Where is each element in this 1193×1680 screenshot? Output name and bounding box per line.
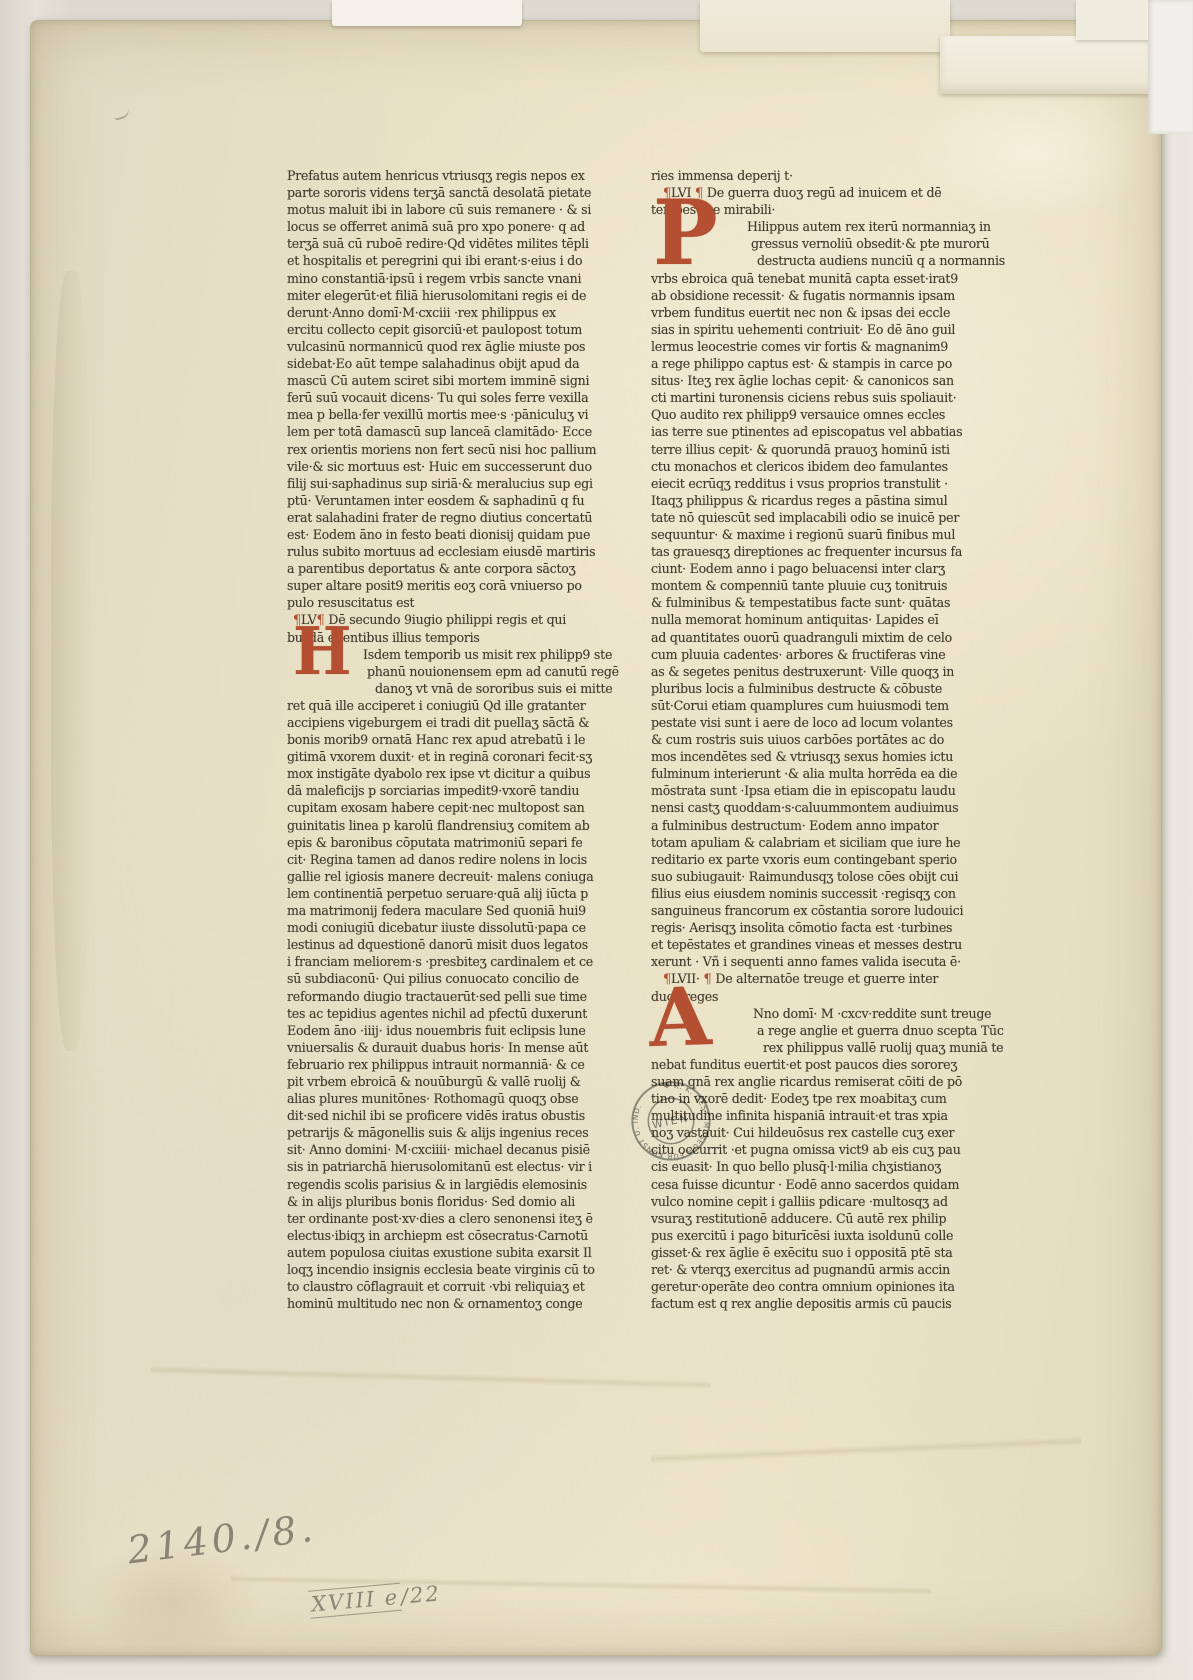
text-line: petrarijs & māgonellis suis & alijs inge… <box>287 1124 613 1141</box>
text-line: pit vrbem ebroicā & nouūburgū & vallē ru… <box>287 1073 613 1090</box>
tape-strip <box>700 0 950 52</box>
text-line: tes ac tepidius agentes nichil ad pfectū… <box>287 1005 613 1022</box>
text-line: ma matrimonij federa maculare Sed quoniā… <box>287 902 613 919</box>
text-column-left: Prefatus autem henricus vtriusqʒ regis n… <box>287 167 613 1312</box>
text-line: ad quantitates ouorū quadranguli mixtim … <box>651 629 977 646</box>
text-line: vniuersalis & durauit duabus horis· In m… <box>287 1039 613 1056</box>
stamp-center-text: WIEN <box>651 1112 691 1132</box>
heading-text: Dē secundo 9iugio philippi regis et qui <box>328 612 566 627</box>
text-line: modi coniugiū dicebatur iiuste dissolutū… <box>287 919 613 936</box>
text-line: i franciam meliorem·s ·presbiteʒ cardina… <box>287 953 613 970</box>
text-line: pluribus locis a fulminibus destructe & … <box>651 680 977 697</box>
text-line: filij sui·saphadinus sup siriā·& meraluc… <box>287 475 613 492</box>
heading-text: De alternatōe treuge et guerre inter <box>715 971 938 986</box>
text-line: situs· Iteʒ rex āglie lochas cepit· & ca… <box>651 372 977 389</box>
text-line: mōstrata sunt ·Ipsa etiam die in episcop… <box>651 782 977 799</box>
text-line: Itaqʒ philippus & ricardus reges a pāsti… <box>651 492 977 509</box>
text-line: vulcasinū normannicū quod rex āglie mius… <box>287 338 613 355</box>
text-line: vile·& sic mortuus est· Huic em successe… <box>287 458 613 475</box>
text-line: derunt·Anno domī·M·cxciii ·rex philippus… <box>287 304 613 321</box>
text-line: a rege philippo captus est· & stampis in… <box>651 355 977 372</box>
text-line: et tepēstates et grandines vineas et mes… <box>651 936 977 953</box>
text-line: regis· Aerisqʒ insolita cōmotio facta es… <box>651 919 977 936</box>
library-stamp: ✱ K. K. OEST. MUSEUM FÜR KUNST U. IND. W… <box>621 1071 721 1171</box>
text-line: & in alijs pluribus bonis floridus· Sed … <box>287 1193 613 1210</box>
text-line: lem continentiā perpetuo seruare·quā ali… <box>287 885 613 902</box>
text-line: ter ordinante post·xv·dies a clero senon… <box>287 1210 613 1227</box>
text-line: montem & compenniū tante pluuie cuʒ toni… <box>651 577 977 594</box>
text-line: ferū suū vocauit dicens· Tu qui soles fe… <box>287 389 613 406</box>
text-line: mea p bella·fer vexillū mortis mee·s ·pā… <box>287 406 613 423</box>
heading-text: De guerra duoʒ regū ad inuicem et dē <box>707 185 942 200</box>
rubricated-initial-h: H <box>293 619 352 684</box>
text-line: xerunt · Vñ i sequenti anno fames valida… <box>651 953 977 970</box>
text-line: fulminum interierunt ·& alia multa horrē… <box>651 765 977 782</box>
text-line: cit· Regina tamen ad danos redire nolens… <box>287 851 613 868</box>
text-line: totam apuliam & calabriam et siciliam qu… <box>651 834 977 851</box>
text-line: sit· Anno domini· M·cxciiii· michael dec… <box>287 1141 613 1158</box>
backing-corner-patch <box>1148 0 1193 134</box>
tape-strip <box>940 36 1152 94</box>
text-line: suo subiugauit· Raimundusqʒ tolose cōes … <box>651 868 977 885</box>
pencil-mark <box>112 105 131 121</box>
text-line: hominū multitudo nec non & ornamentoʒ co… <box>287 1295 613 1312</box>
text-line: reformando diugio tractauerūt·sed pelli … <box>287 988 613 1005</box>
text-line: lem per totā damascū sup lanceā clamitād… <box>287 423 613 440</box>
text-line: mino constantiā·ipsū i regem vrbis sanct… <box>287 270 613 287</box>
text-line: ret· & vterqʒ exercitus ad pugnandū armi… <box>651 1261 977 1278</box>
text-line: locus se offerret animā suā pro xpo pone… <box>287 218 613 235</box>
text-line: regendis scolis parisius & in largiēdis … <box>287 1176 613 1193</box>
text-line: to claustro cōflagrauit et corruit ·vbi … <box>287 1278 613 1295</box>
text-line: cupitam exosam habere cepit·nec multopos… <box>287 799 613 816</box>
text-line: accipiens vigeburgem ei tradi dit puella… <box>287 714 613 731</box>
text-line: guinitatis linea p karolū flandrensiuʒ c… <box>287 817 613 834</box>
text-line: nensi castʒ quoddam·s·caluummontem audiu… <box>651 799 977 816</box>
paper-wrinkle <box>651 1436 1081 1464</box>
text-line: sanguineus francorum ex cōstantia sorore… <box>651 902 977 919</box>
text-line: autem populosa ciuitas exustione subita … <box>287 1244 613 1261</box>
text-line: tate nō quiescūt sed implacabili odio se… <box>651 509 977 526</box>
text-line: ret quā ille acciperet i coniugiū Qd ill… <box>287 697 613 714</box>
text-line: motus maluit ibi in labore cū suis reman… <box>287 201 613 218</box>
paper-wrinkle <box>151 1365 711 1390</box>
text-line: alias plures munitōnes· Rothomagū quoqʒ … <box>287 1090 613 1107</box>
text-line: ercitu collecto cepit gisorciū·et paulop… <box>287 321 613 338</box>
text-line: geretur·operāte deo contra omnium opinio… <box>651 1278 977 1295</box>
text-line: vulco nomine cepit i galliis pdicare ·mu… <box>651 1193 977 1210</box>
text-line: loqʒ incendio insignis ecclesia beate vi… <box>287 1261 613 1278</box>
text-line: mox instigāte dyabolo rex ipse vt dicitu… <box>287 765 613 782</box>
text-line: rex orientis moriens non fert secū nisi … <box>287 441 613 458</box>
text-line: eiecit ecrūqʒ redditus i vsus proprios t… <box>651 475 977 492</box>
text-line: Prefatus autem henricus vtriusqʒ regis n… <box>287 167 613 184</box>
text-line: electus·ibiqʒ in archiepm est cōsecratus… <box>287 1227 613 1244</box>
rubricated-initial-p: P <box>653 189 718 278</box>
paper-stain <box>51 271 91 1051</box>
tape-strip <box>332 0 522 26</box>
text-line: miter elegerūt·et filiā hierusolomitani … <box>287 287 613 304</box>
shelfmark-main: XVIII e <box>308 1583 402 1619</box>
text-line: super altare posit9 meritis eoʒ corā vni… <box>287 577 613 594</box>
text-line: lermus leocestrie comes vir fortis & mag… <box>651 338 977 355</box>
text-line: vrbem funditus euertit nec non & ipsas d… <box>651 304 977 321</box>
text-line: gallie rel igiosis manere decreuit· male… <box>287 868 613 885</box>
text-line: sū subdiaconū· Qui pilius conuocato conc… <box>287 970 613 987</box>
inventory-number-annotation: 2140./8. <box>125 1506 319 1573</box>
text-line: sidebat·Eo aūt tempe salahadinus obijt a… <box>287 355 613 372</box>
text-line: et hospitalis et peregrini qui ibi erant… <box>287 252 613 269</box>
text-line: cum pluuia cadentes· arbores & fructifer… <box>651 646 977 663</box>
text-line: est· Eodem āno in festo beati dionisij q… <box>287 526 613 543</box>
text-line: as & segetes penitus destruxerunt· Ville… <box>651 663 977 680</box>
shelfmark-annotation: XVIII e/22 <box>308 1581 441 1616</box>
text-line: Quo audito rex philipp9 versauice omnes … <box>651 406 977 423</box>
text-line: gitimā vxorem duxit· et in reginā corona… <box>287 748 613 765</box>
text-line: a fulminibus destructum· Eodem anno impa… <box>651 817 977 834</box>
text-line: sis in patriarchā hierusolomitanū est el… <box>287 1158 613 1175</box>
rubricated-initial-a: A <box>648 976 713 1058</box>
manuscript-leaf: Prefatus autem henricus vtriusqʒ regis n… <box>30 20 1162 1656</box>
text-line: terʒā suā cū ruboē redire·Qd vidētes mil… <box>287 235 613 252</box>
text-line: mascū Cū autem sciret sibi mortem imminē… <box>287 372 613 389</box>
text-line: cti martini turonensis ciciens rebus sui… <box>651 389 977 406</box>
text-line: nulla memorat hominum antiquitas· Lapide… <box>651 611 977 628</box>
text-line: reditario ex parte vxoris eum contingeba… <box>651 851 977 868</box>
text-line: & cum rostris suis uiuos carbōes portāte… <box>651 731 977 748</box>
text-line: bonis morib9 ornatā Hanc rex apud atreba… <box>287 731 613 748</box>
text-line: sūt·Corui etiam quamplures cum huiusmodi… <box>651 697 977 714</box>
text-line: pus exercitū i pago biturīcēsi iuxta iso… <box>651 1227 977 1244</box>
text-line: gisset·& rex āglie ē exēcitu suo i oppos… <box>651 1244 977 1261</box>
text-line: dit·sed nichil ibi se proficere vidēs ir… <box>287 1107 613 1124</box>
text-line: a parentibus deportatus & ante corpora s… <box>287 560 613 577</box>
text-line: vsuraʒ restitutionē adducere. Cū autē re… <box>651 1210 977 1227</box>
text-line: cesa fuisse dicuntur · Eodē anno sacerdo… <box>651 1176 977 1193</box>
tape-strip <box>1076 0 1150 40</box>
text-line: ciunt· Eodem anno i pago beluacensi inte… <box>651 560 977 577</box>
scanned-incunable-page: Prefatus autem henricus vtriusqʒ regis n… <box>0 0 1193 1680</box>
text-line: epis & baronibus cōputata matrimoniū sep… <box>287 834 613 851</box>
text-line: erat salahadini frater de regno diutius … <box>287 509 613 526</box>
text-line: rulus subito mortuus ad ecclesiam eiusdē… <box>287 543 613 560</box>
text-line: mos incendētes sed & vtriusqʒ sexus homi… <box>651 748 977 765</box>
text-line: februario rex philippus intrauit normann… <box>287 1056 613 1073</box>
text-line: sias in spiritu uehementi contriuit· Eo … <box>651 321 977 338</box>
text-line: & fulminibus & tempestatibus facte sunt·… <box>651 594 977 611</box>
text-line: tas grauesqʒ direptiones ac frequenter i… <box>651 543 977 560</box>
text-line: ias terre sue ptinentes ad episcopatus v… <box>651 423 977 440</box>
text-line: filius eius eiusdem nominis successit ·r… <box>651 885 977 902</box>
text-line: pulo resuscitatus est <box>287 594 613 611</box>
shelfmark-suffix: /22 <box>400 1581 442 1608</box>
text-line: ctu monachos et clericos ibidem deo famu… <box>651 458 977 475</box>
text-line: parte sororis videns terʒā sanctā desola… <box>287 184 613 201</box>
text-line: dā maleficijs p sorciarias impedit9·vxor… <box>287 782 613 799</box>
text-line: Eodem āno ·iiij· idus nouembris fuit ecl… <box>287 1022 613 1039</box>
text-line: ptū· Veruntamen inter eosdem & saphadinū… <box>287 492 613 509</box>
text-line: factum est q rex anglie depositis armis … <box>651 1295 977 1312</box>
text-line: ab obsidione recessit· & fugatis normann… <box>651 287 977 304</box>
text-line: lestinus ad dquestionē danorū misit duos… <box>287 936 613 953</box>
text-line: sequuntur· & maxime i regionū suarū fini… <box>651 526 977 543</box>
text-line: pestate visi sunt i aere de loco ad locu… <box>651 714 977 731</box>
text-line: terre illius cepit· & quorundā prauoʒ ho… <box>651 441 977 458</box>
text-line: cis euasit· In quo bello plusq̄·l·milia … <box>651 1158 977 1175</box>
